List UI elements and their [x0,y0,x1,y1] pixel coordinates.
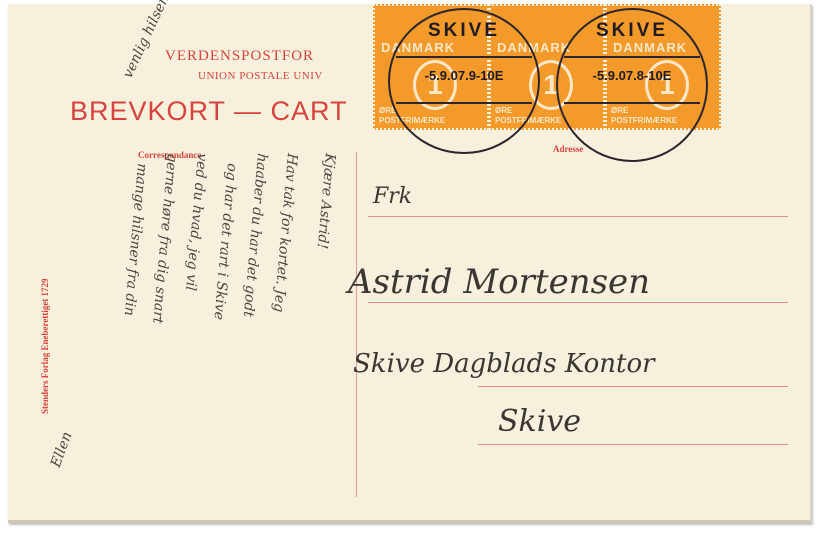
address-city: Skive [498,404,581,439]
address-name: Astrid Mortensen [348,262,650,302]
address-line-2 [368,302,788,303]
postmark-town: SKIVE [558,20,706,42]
publisher-imprint: Stenders Forlag Eneberettiget 1729 [40,204,50,414]
message-line: Kjære Astrid! [314,153,338,250]
header-verdenspost: VERDENSPOSTFOR [165,48,314,65]
message-signature: Ellen [48,430,76,470]
postcard: VERDENSPOSTFOR UNION POSTALE UNIV BREVKO… [8,4,812,523]
postmark-date: -5.9.07.9-10E [390,68,538,83]
message-line: venlig hilsen din [120,0,184,81]
message-line: og har det rart i Skive [210,163,240,321]
message-line: Hav tak for kortet. Jeg [270,153,300,313]
postmark: SKIVE -5.9.07.9-10E [388,8,540,154]
center-divider [356,152,357,497]
postmark-bar [564,56,700,58]
address-line-4 [478,444,788,445]
postmark-bar [396,56,532,58]
message-line: gerne høre fra dig snart [149,153,180,325]
address-line-1 [368,216,788,217]
address-salutation: Frk [373,184,412,209]
header-union-postale: UNION POSTALE UNIV [198,70,323,82]
postmark-bar [564,102,700,104]
message-line: haaber du har det godt [240,153,270,318]
postmark: SKIVE -5.9.07.8-10E [556,8,708,162]
address-label: Adresse [553,144,583,154]
postmark-date: -5.9.07.8-10E [558,68,706,83]
postcard-title: BREVKORT — CART [70,96,348,127]
message-line: ved du hvad, jeg vil [182,153,210,292]
postmark-bar [396,102,532,104]
message-line: mange hilsner fra din [121,163,150,317]
postmark-town: SKIVE [390,20,538,42]
address-line-3 [478,386,788,387]
address-street: Skive Dagblads Kontor [353,349,655,379]
